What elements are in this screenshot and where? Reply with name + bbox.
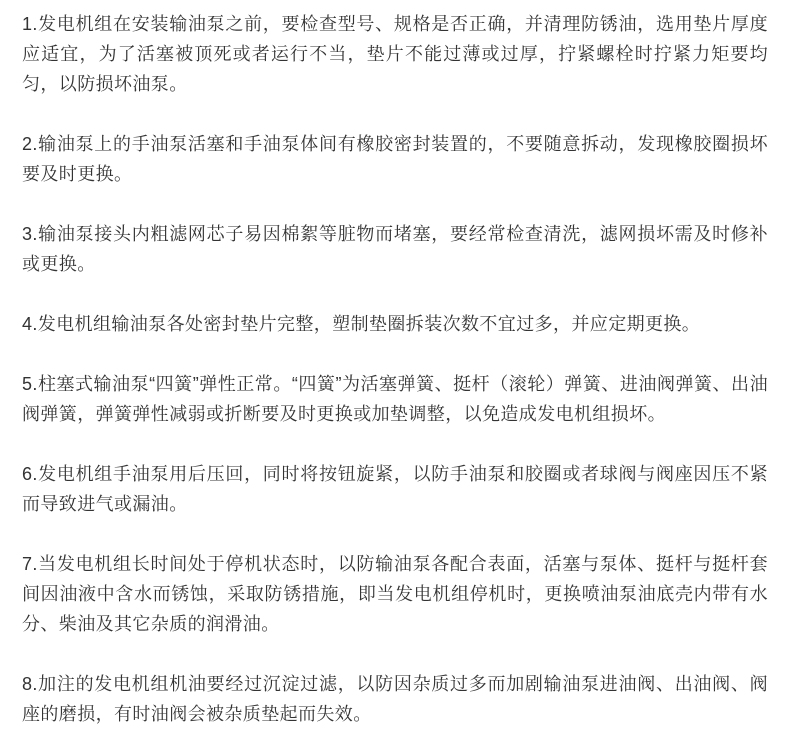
document-page: 1.发电机组在安装输油泵之前，要检查型号、规格是否正确，并清理防锈油，选用垫片厚…	[0, 0, 790, 736]
paragraph-5: 5.柱塞式输油泵“四簧”弹性正常。“四簧”为活塞弹簧、挺杆（滚轮）弹簧、进油阀弹…	[22, 369, 768, 429]
paragraph-7: 7.当发电机组长时间处于停机状态时，以防输油泵各配合表面，活塞与泵体、挺杆与挺杆…	[22, 549, 768, 639]
paragraph-6: 6.发电机组手油泵用后压回，同时将按钮旋紧，以防手油泵和胶圈或者球阀与阀座因压不…	[22, 459, 768, 519]
paragraph-4: 4.发电机组输油泵各处密封垫片完整，塑制垫圈拆装次数不宜过多，并应定期更换。	[22, 309, 768, 339]
paragraph-1: 1.发电机组在安装输油泵之前，要检查型号、规格是否正确，并清理防锈油，选用垫片厚…	[22, 9, 768, 99]
paragraph-8: 8.加注的发电机组机油要经过沉淀过滤，以防因杂质过多而加剧输油泵进油阀、出油阀、…	[22, 669, 768, 729]
paragraph-2: 2.输油泵上的手油泵活塞和手油泵体间有橡胶密封装置的，不要随意拆动，发现橡胶圈损…	[22, 129, 768, 189]
paragraph-3: 3.输油泵接头内粗滤网芯子易因棉絮等脏物而堵塞，要经常检查清洗，滤网损坏需及时修…	[22, 219, 768, 279]
